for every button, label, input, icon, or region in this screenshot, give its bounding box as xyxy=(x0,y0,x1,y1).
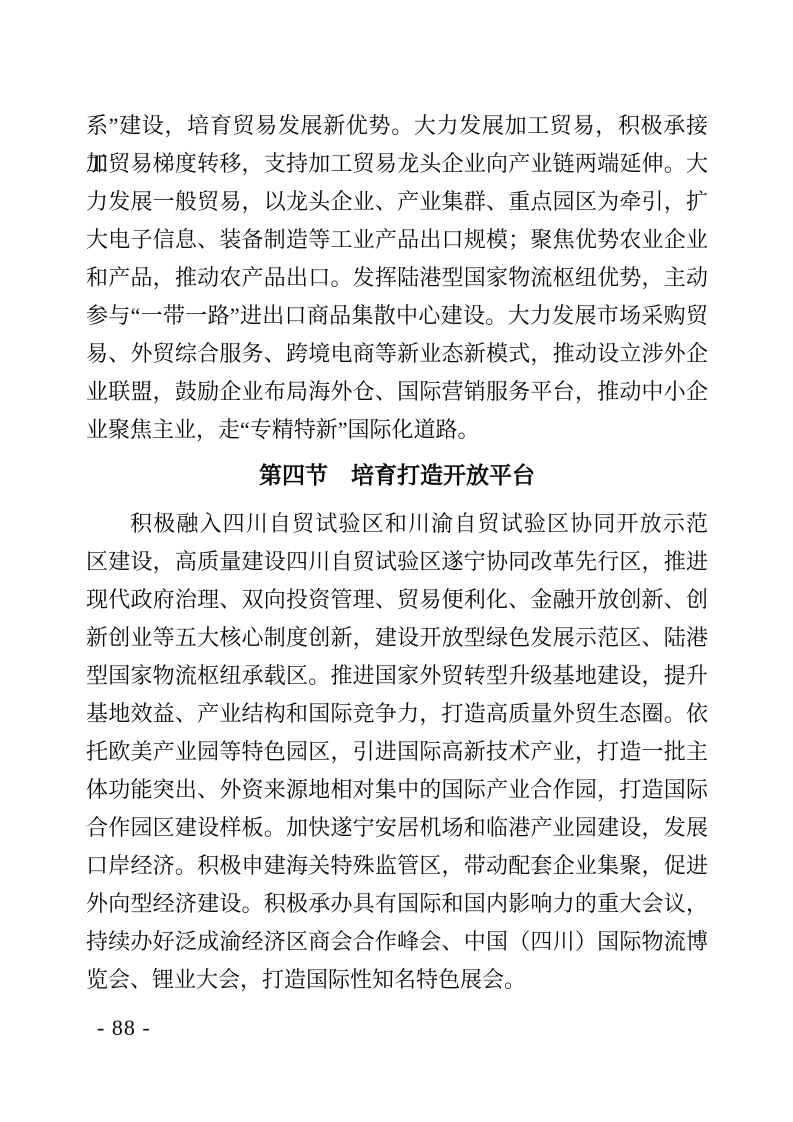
text-line: 积极融入四川自贸试验区和川渝自贸试验区协同开放示范 xyxy=(86,505,708,543)
text-line: 力发展一般贸易，以龙头企业、产业集群、重点园区为牵引，扩 xyxy=(86,183,708,221)
text-line: 参与“一带一路”进出口商品集散中心建设。大力发展市场采购贸 xyxy=(86,297,708,335)
text-line: 持续办好泛成渝经济区商会合作峰会、中国（四川）国际物流博 xyxy=(86,923,708,961)
text-line: 口岸经济。积极申建海关特殊监管区，带动配套企业集聚，促进 xyxy=(86,847,708,885)
text-line: 工贸易梯度转移，支持加工贸易龙头企业向产业链两端延伸。大 xyxy=(86,145,708,183)
text-line: 基地效益、产业结构和国际竞争力，打造高质量外贸生态圈。依 xyxy=(86,695,708,733)
text-line: 托欧美产业园等特色园区，引进国际高新技术产业，打造一批主 xyxy=(86,733,708,771)
text-line: 系”建设，培育贸易发展新优势。大力发展加工贸易，积极承接加 xyxy=(86,107,708,145)
text-line: 业聚焦主业，走“专精特新”国际化道路。 xyxy=(86,411,708,449)
text-line: 览会、锂业大会，打造国际性知名特色展会。 xyxy=(86,961,708,999)
text-line: 业联盟，鼓励企业布局海外仓、国际营销服务平台，推动中小企 xyxy=(86,373,708,411)
page-number: - 88 - xyxy=(97,1014,151,1042)
text-line: 外向型经济建设。积极承办具有国际和国内影响力的重大会议， xyxy=(86,885,708,923)
document-page: 系”建设，培育贸易发展新优势。大力发展加工贸易，积极承接加 工贸易梯度转移，支持… xyxy=(0,0,793,1122)
section-heading: 第四节 培育打造开放平台 xyxy=(86,457,708,495)
text-line: 易、外贸综合服务、跨境电商等新业态新模式，推动设立涉外企 xyxy=(86,335,708,373)
document-body: 系”建设，培育贸易发展新优势。大力发展加工贸易，积极承接加 工贸易梯度转移，支持… xyxy=(86,107,708,999)
paragraph-1: 系”建设，培育贸易发展新优势。大力发展加工贸易，积极承接加 工贸易梯度转移，支持… xyxy=(86,107,708,449)
text-line: 大电子信息、装备制造等工业产品出口规模；聚焦优势农业企业 xyxy=(86,221,708,259)
text-line: 体功能突出、外资来源地相对集中的国际产业合作园，打造国际 xyxy=(86,771,708,809)
text-line: 合作园区建设样板。加快遂宁安居机场和临港产业园建设，发展 xyxy=(86,809,708,847)
text-line: 区建设，高质量建设四川自贸试验区遂宁协同改革先行区，推进 xyxy=(86,543,708,581)
text-line: 新创业等五大核心制度创新，建设开放型绿色发展示范区、陆港 xyxy=(86,619,708,657)
text-line: 现代政府治理、双向投资管理、贸易便利化、金融开放创新、创 xyxy=(86,581,708,619)
text-line: 型国家物流枢纽承载区。推进国家外贸转型升级基地建设，提升 xyxy=(86,657,708,695)
paragraph-2: 积极融入四川自贸试验区和川渝自贸试验区协同开放示范 区建设，高质量建设四川自贸试… xyxy=(86,505,708,999)
text-line: 和产品，推动农产品出口。发挥陆港型国家物流枢纽优势，主动 xyxy=(86,259,708,297)
